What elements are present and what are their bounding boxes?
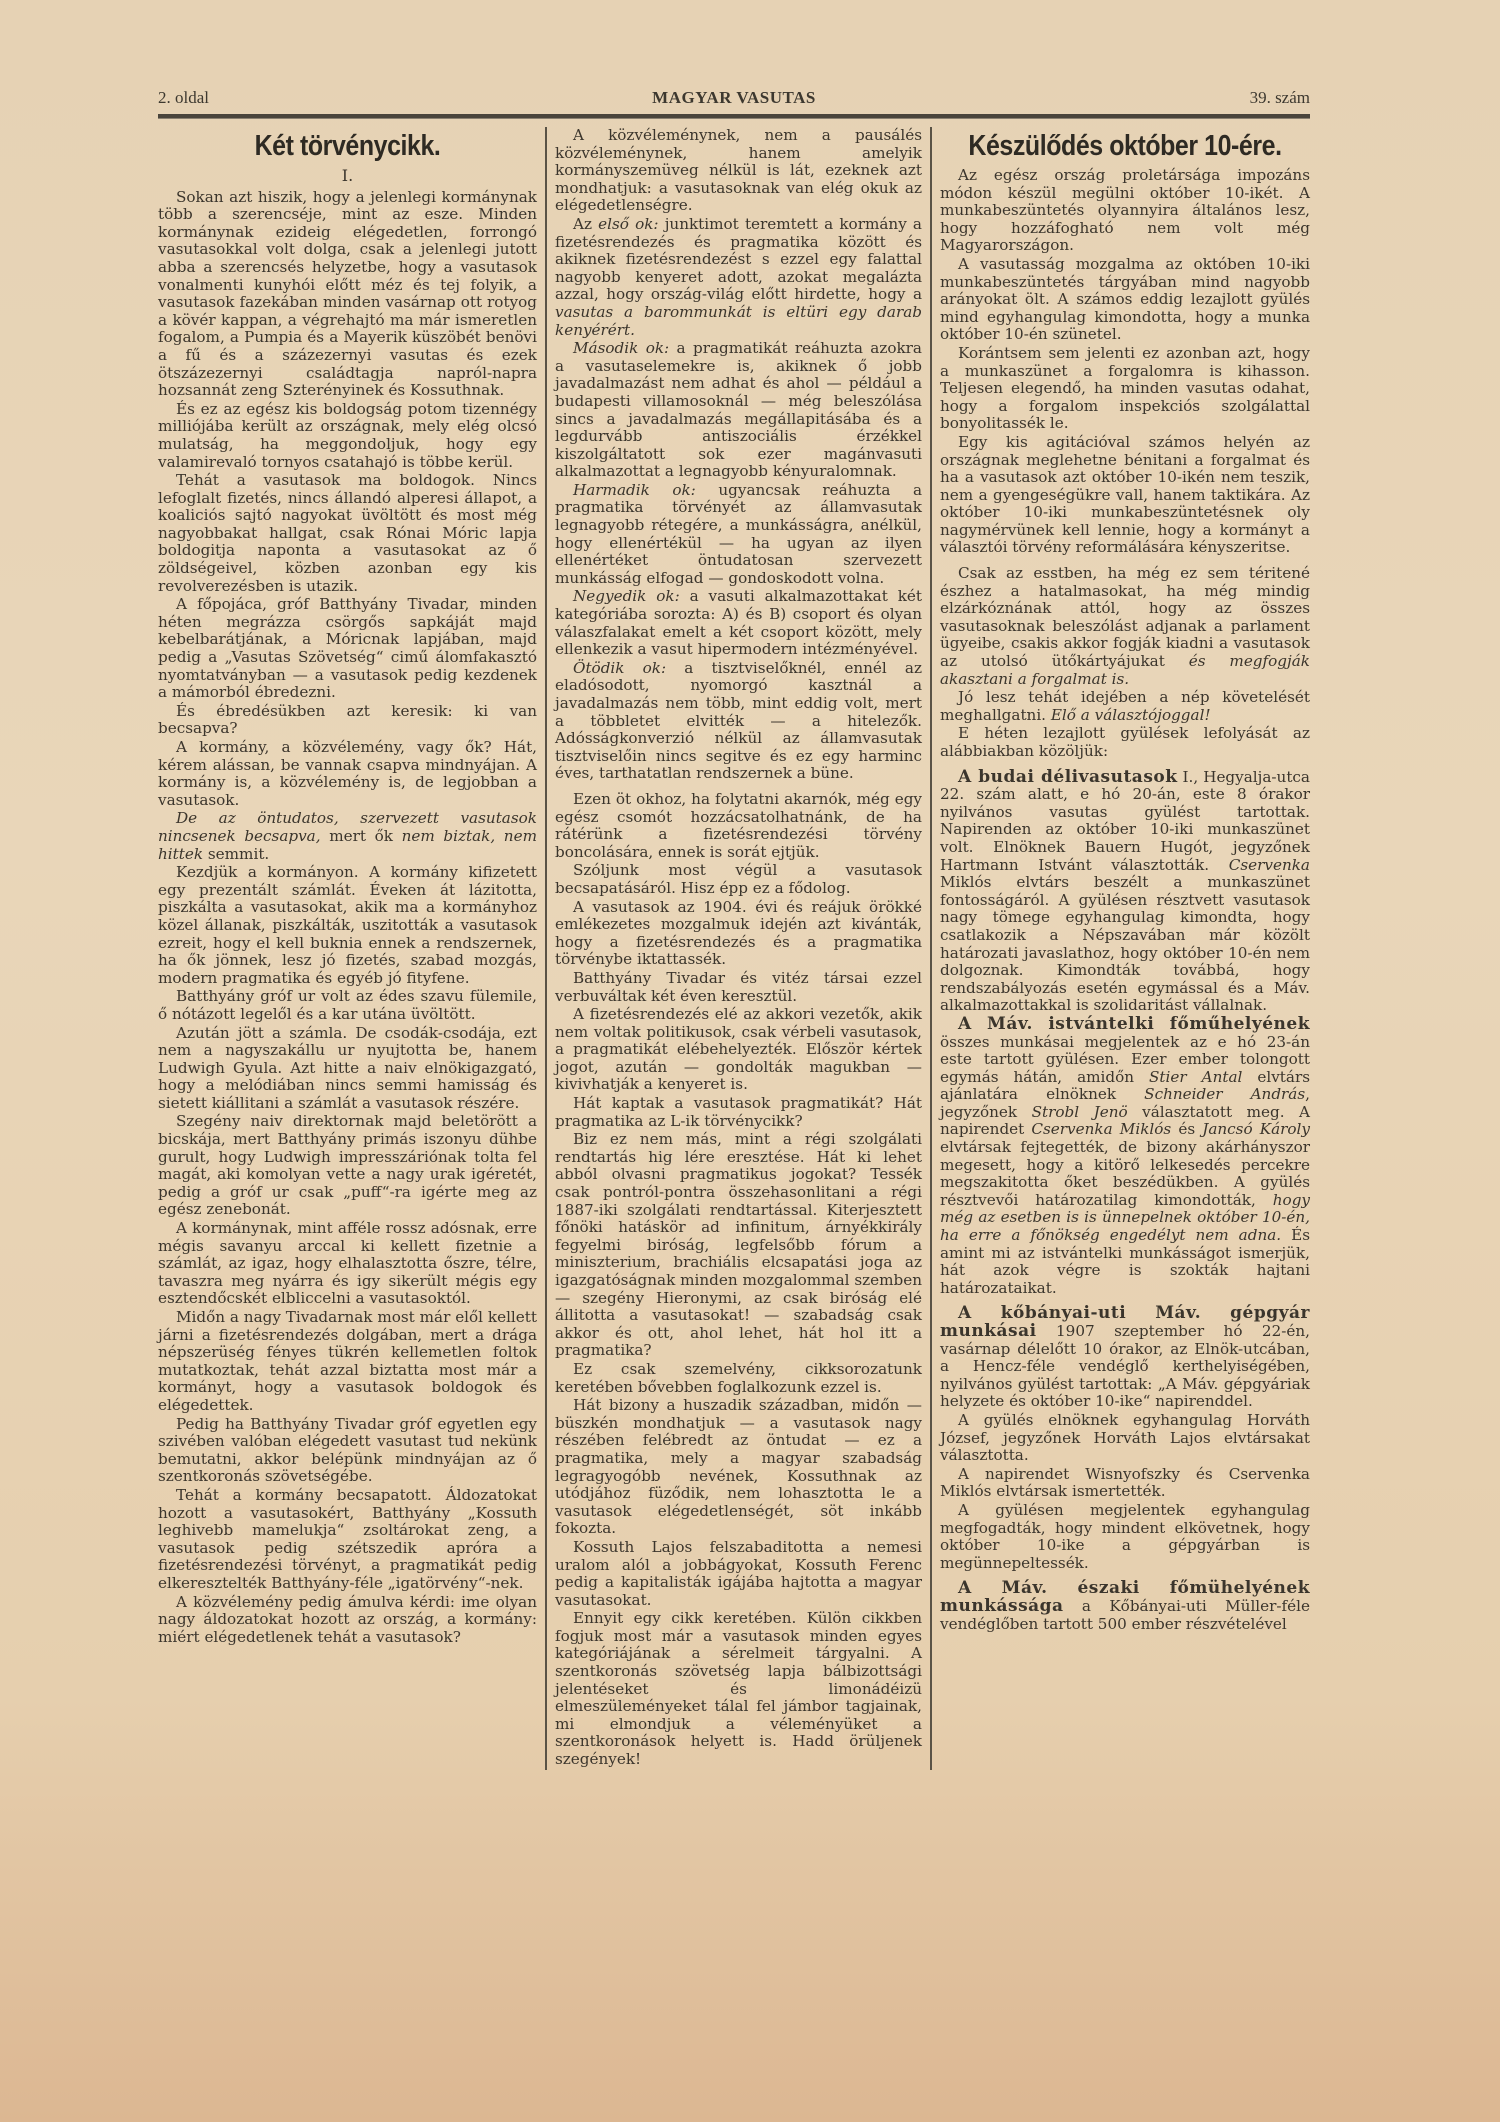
reason-label: Második ok: bbox=[573, 339, 669, 357]
masthead: 2. oldal MAGYAR VASUTAS 39. szám bbox=[158, 78, 1310, 108]
paragraph: E héten lezajlott gyülések lefolyását az… bbox=[940, 725, 1310, 760]
paragraph: Tehát a vasutasok ma boldogok. Nincs lef… bbox=[158, 472, 537, 595]
italic-text: Stier Antal bbox=[1149, 1068, 1242, 1086]
paragraph: Korántsem sem jelenti ez azonban azt, ho… bbox=[940, 345, 1310, 433]
column-1: Két törvénycikk. I. Sokan azt hiszik, ho… bbox=[158, 127, 545, 1770]
paragraph: Szegény naiv direktornak majd beletörött… bbox=[158, 1113, 537, 1219]
reason-paragraph: Negyedik ok: a vasuti alkalmazottakat ké… bbox=[555, 588, 922, 658]
reason-paragraph: Ötödik ok: a tisztviselőknél, ennél az e… bbox=[555, 660, 922, 783]
paragraph: Pedig ha Batthyány Tivadar gróf egyetlen… bbox=[158, 1416, 537, 1486]
newspaper-page: 2. oldal MAGYAR VASUTAS 39. szám Két tör… bbox=[158, 78, 1310, 1770]
paragraph: A gyülés elnöknek egyhangulag Horváth Jó… bbox=[940, 1412, 1310, 1465]
paragraph: És ébredésükben azt keresik: ki van becs… bbox=[158, 703, 537, 738]
meeting-lead: A Máv. istvántelki főműhelyének bbox=[958, 1014, 1310, 1034]
newspaper-title: MAGYAR VASUTAS bbox=[158, 88, 1310, 108]
paragraph: A napirendet Wisnyofszky és Cservenka Mi… bbox=[940, 1466, 1310, 1501]
paragraph: És ez az egész kis boldogság potom tizen… bbox=[158, 401, 537, 471]
text: Miklós elvtárs beszélt a munkaszünet fon… bbox=[940, 873, 1310, 1014]
reason-label: első ok: bbox=[598, 215, 658, 233]
meeting-report: A Máv. északi főmühelyének munkássága a … bbox=[940, 1580, 1310, 1633]
text: a pragmatikát reáhuzta azokra a vasutase… bbox=[555, 339, 922, 480]
paragraph: A közvéleménynek, nem a pausálés közvéle… bbox=[555, 127, 922, 215]
paragraph: Egy kis agitációval számos helyén az ors… bbox=[940, 434, 1310, 557]
paragraph: Kossuth Lajos felszabaditotta a nemesi u… bbox=[555, 1539, 922, 1609]
text: elvtársak fejtegették, de bizony akárhán… bbox=[940, 1138, 1310, 1209]
italic-text: Schneider András bbox=[1144, 1085, 1305, 1103]
meeting-report: A Máv. istvántelki főműhelyének összes m… bbox=[940, 1016, 1310, 1298]
header-rule bbox=[158, 114, 1310, 119]
paragraph: Ez csak szemelvény, cikksorozatunk keret… bbox=[555, 1361, 922, 1396]
paragraph: Batthyány gróf ur volt az édes szavu fül… bbox=[158, 988, 537, 1023]
paragraph: Hát bizony a huszadik században, midőn —… bbox=[555, 1397, 922, 1538]
paragraph: Midőn a nagy Tivadarnak most már elől ke… bbox=[158, 1309, 537, 1415]
text: Az bbox=[573, 215, 598, 233]
italic-text: Elő a választójoggal! bbox=[1051, 706, 1211, 724]
article-headline: Két törvénycikk. bbox=[185, 129, 511, 163]
paragraph: Tehát a kormány becsapatott. Áldozatokat… bbox=[158, 1487, 537, 1593]
paragraph: Batthyány Tivadar és vitéz társai ezzel … bbox=[555, 970, 922, 1005]
column-2: A közvéleménynek, nem a pausálés közvéle… bbox=[545, 127, 930, 1770]
paragraph: A közvélemény pedig ámulva kérdi: ime ol… bbox=[158, 1594, 537, 1647]
paragraph: De az öntudatos, szervezett vasutasok ni… bbox=[158, 810, 537, 863]
paragraph: Jó lesz tehát idejében a nép követelését… bbox=[940, 689, 1310, 724]
italic-text: Jancsó Károly bbox=[1202, 1120, 1310, 1138]
reason-label: Ötödik ok: bbox=[573, 659, 666, 677]
paragraph: Csak az esstben, ha még ez sem téritené … bbox=[940, 565, 1310, 688]
text: mert ők bbox=[321, 827, 402, 845]
italic-text: Cservenka bbox=[1229, 856, 1310, 874]
paragraph: A gyülésen megjelentek egyhangulag megfo… bbox=[940, 1502, 1310, 1572]
paragraph: A vasutasság mozgalma az októben 10-iki … bbox=[940, 256, 1310, 344]
italic-text: Cservenka Miklós bbox=[1031, 1120, 1171, 1138]
paragraph: Hát kaptak a vasutasok pragmatikát? Hát … bbox=[555, 1095, 922, 1130]
reason-paragraph: Harmadik ok: ugyancsak reáhuzta a pragma… bbox=[555, 482, 922, 588]
columns: Két törvénycikk. I. Sokan azt hiszik, ho… bbox=[158, 127, 1310, 1770]
paragraph: Az egész ország proletársága impozáns mó… bbox=[940, 167, 1310, 255]
text: a tisztviselőknél, ennél az eladósodott,… bbox=[555, 659, 922, 783]
paragraph: A kormánynak, mint afféle rossz adósnak,… bbox=[158, 1220, 537, 1308]
italic-text: Strobl Jenö bbox=[1032, 1103, 1128, 1121]
paragraph: Ezen öt okhoz, ha folytatni akarnók, még… bbox=[555, 791, 922, 861]
column-3: Készülődés október 10-ére. Az egész orsz… bbox=[930, 127, 1310, 1770]
paragraph: A fizetésrendezés elé az akkori vezetők,… bbox=[555, 1006, 922, 1094]
paragraph: Kezdjük a kormányon. A kormány kifizetet… bbox=[158, 864, 537, 987]
paragraph: Szóljunk most végül a vasutasok becsapat… bbox=[555, 862, 922, 897]
meeting-report: A kőbányai-uti Máv. gépgyár munkásai 190… bbox=[940, 1305, 1310, 1411]
section-number: I. bbox=[158, 167, 537, 185]
reason-label: Harmadik ok: bbox=[573, 481, 696, 499]
text: és bbox=[1171, 1120, 1202, 1138]
reason-paragraph: Második ok: a pragmatikát reáhuzta azokr… bbox=[555, 340, 922, 481]
paragraph: Ennyit egy cikk keretében. Külön cikkben… bbox=[555, 1610, 922, 1768]
reason-label: Negyedik ok: bbox=[573, 587, 680, 605]
reason-paragraph: Az első ok: junktimot teremtett a kormán… bbox=[555, 216, 922, 339]
paragraph: A főpojáca, gróf Batthyány Tivadar, mind… bbox=[158, 596, 537, 702]
article-headline: Készülődés október 10-ére. bbox=[966, 129, 1284, 163]
meeting-lead: A budai délivasutasok bbox=[958, 767, 1178, 787]
italic-text: vasutas a barommunkát is eltüri egy dara… bbox=[555, 303, 922, 339]
text: semmit. bbox=[203, 845, 269, 863]
paragraph: Biz ez nem más, mint a régi szolgálati r… bbox=[555, 1131, 922, 1360]
meeting-report: A budai délivasutasok I., Hegyalja-utca … bbox=[940, 769, 1310, 1015]
paragraph: A vasutasok az 1904. évi és reájuk örökk… bbox=[555, 899, 922, 969]
paragraph: A kormány, a közvélemény, vagy ők? Hát, … bbox=[158, 739, 537, 809]
paragraph: Azután jött a számla. De csodák-csodája,… bbox=[158, 1025, 537, 1113]
paragraph: Sokan azt hiszik, hogy a jelenlegi kormá… bbox=[158, 189, 537, 400]
